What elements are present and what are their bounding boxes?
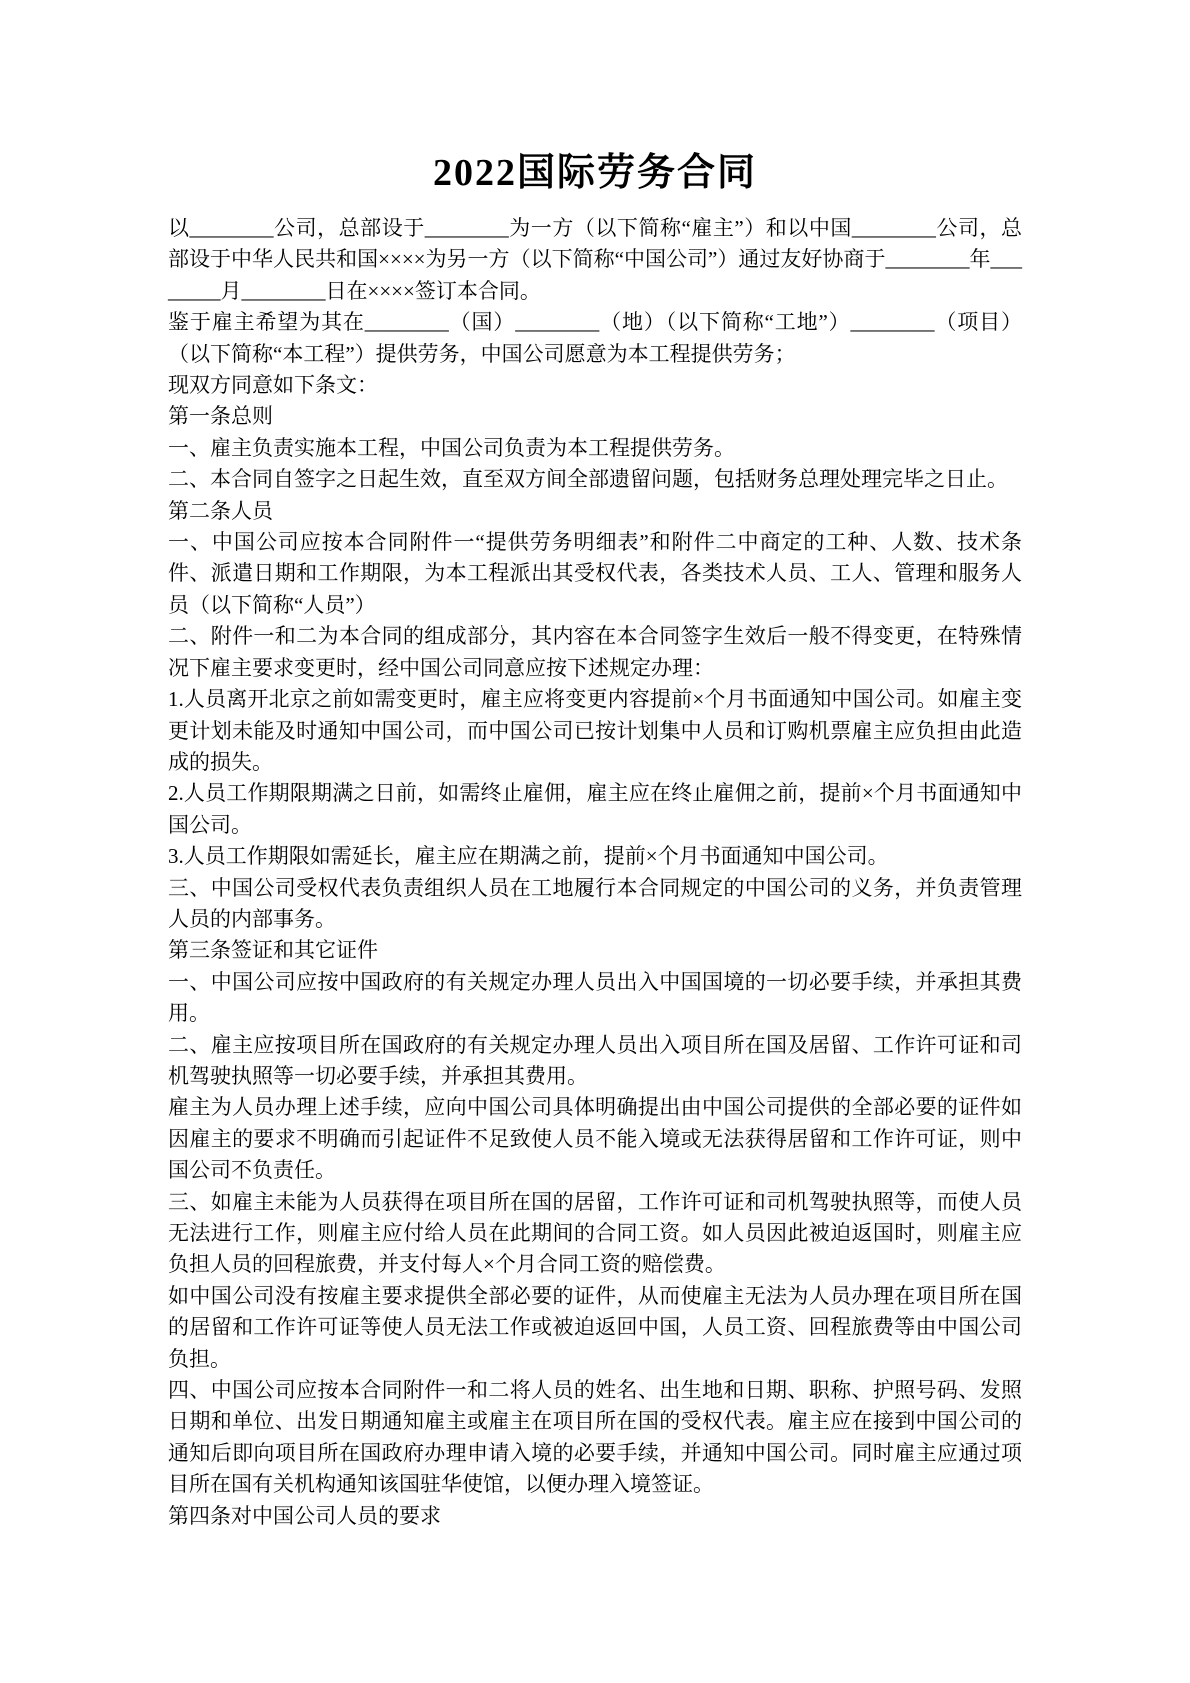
document-paragraph: 3.人员工作期限如需延长，雇主应在期满之前，提前×个月书面通知中国公司。: [168, 841, 1022, 872]
document-paragraph: 一、中国公司应按中国政府的有关规定办理人员出入中国国境的一切必要手续，并承担其费…: [168, 967, 1022, 1030]
contract-document-page: 2022国际劳务合同 以________公司，总部设于________为一方（以…: [0, 0, 1190, 1683]
document-paragraph: 二、雇主应按项目所在国政府的有关规定办理人员出入项目所在国及居留、工作许可证和司…: [168, 1030, 1022, 1093]
document-paragraph: 2.人员工作期限期满之日前，如需终止雇佣，雇主应在终止雇佣之前，提前×个月书面通…: [168, 778, 1022, 841]
document-paragraph: 二、附件一和二为本合同的组成部分，其内容在本合同签字生效后一般不得变更，在特殊情…: [168, 621, 1022, 684]
document-paragraph: 第四条对中国公司人员的要求: [168, 1501, 1022, 1532]
document-paragraph: 以________公司，总部设于________为一方（以下简称“雇主”）和以中…: [168, 213, 1022, 307]
document-title: 2022国际劳务合同: [168, 150, 1022, 196]
document-paragraph: 三、如雇主未能为人员获得在项目所在国的居留，工作许可证和司机驾驶执照等，而使人员…: [168, 1187, 1022, 1281]
document-paragraph: 一、雇主负责实施本工程，中国公司负责为本工程提供劳务。: [168, 433, 1022, 464]
document-paragraph: 三、中国公司受权代表负责组织人员在工地履行本合同规定的中国公司的义务，并负责管理…: [168, 873, 1022, 936]
document-paragraph: 鉴于雇主希望为其在________（国）________（地）（以下简称“工地”…: [168, 307, 1022, 370]
document-paragraph: 四、中国公司应按本合同附件一和二将人员的姓名、出生地和日期、职称、护照号码、发照…: [168, 1375, 1022, 1501]
document-body: 以________公司，总部设于________为一方（以下简称“雇主”）和以中…: [168, 213, 1022, 1532]
document-paragraph: 一、中国公司应按本合同附件一“提供劳务明细表”和附件二中商定的工种、人数、技术条…: [168, 527, 1022, 621]
document-paragraph: 如中国公司没有按雇主要求提供全部必要的证件，从而使雇主无法为人员办理在项目所在国…: [168, 1281, 1022, 1375]
document-paragraph: 1.人员离开北京之前如需变更时，雇主应将变更内容提前×个月书面通知中国公司。如雇…: [168, 684, 1022, 778]
document-paragraph: 雇主为人员办理上述手续，应向中国公司具体明确提出由中国公司提供的全部必要的证件如…: [168, 1092, 1022, 1186]
document-paragraph: 第三条签证和其它证件: [168, 935, 1022, 966]
document-paragraph: 二、本合同自签字之日起生效，直至双方间全部遗留问题，包括财务总理处理完毕之日止。: [168, 464, 1022, 495]
document-paragraph: 现双方同意如下条文：: [168, 370, 1022, 401]
document-paragraph: 第二条人员: [168, 496, 1022, 527]
document-paragraph: 第一条总则: [168, 401, 1022, 432]
